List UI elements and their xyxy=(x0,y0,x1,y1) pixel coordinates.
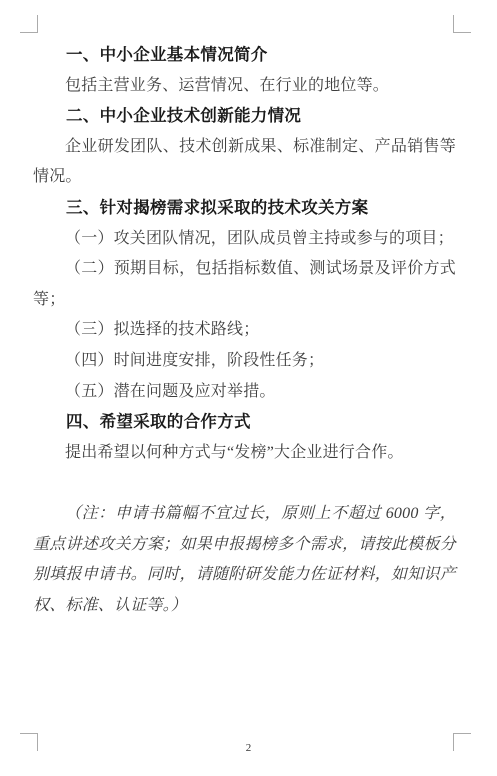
section-heading: 三、针对揭榜需求拟采取的技术攻关方案 xyxy=(33,193,456,224)
section-heading: 二、中小企业技术创新能力情况 xyxy=(33,101,456,132)
body-paragraph: 包括主营业务、运营情况、在行业的地位等。 xyxy=(33,71,456,102)
body-paragraph: （五）潜在问题及应对举措。 xyxy=(33,377,456,408)
section-heading: 一、中小企业基本情况简介 xyxy=(33,40,456,71)
body-paragraph: （三）拟选择的技术路线； xyxy=(33,315,456,346)
body-paragraph: （一）攻关团队情况，团队成员曾主持或参与的项目； xyxy=(33,224,456,255)
document-page: 一、中小企业基本情况简介包括主营业务、运营情况、在行业的地位等。二、中小企业技术… xyxy=(0,0,497,776)
document-body: 一、中小企业基本情况简介包括主营业务、运营情况、在行业的地位等。二、中小企业技术… xyxy=(33,40,456,621)
body-paragraph: （四）时间进度安排，阶段性任务； xyxy=(33,346,456,377)
page-number: 2 xyxy=(246,742,252,754)
crop-mark-top-left xyxy=(20,15,38,33)
section-heading: 四、希望采取的合作方式 xyxy=(33,407,456,438)
body-paragraph: 企业研发团队、技术创新成果、标准制定、产品销售等情况。 xyxy=(33,132,456,193)
body-paragraph: 提出希望以何种方式与“发榜”大企业进行合作。 xyxy=(33,438,456,469)
crop-mark-top-right xyxy=(453,15,471,33)
body-paragraph: （二）预期目标，包括指标数值、测试场景及评价方式等； xyxy=(33,254,456,315)
note-paragraph: （注：申请书篇幅不宜过长，原则上不超过 6000 字，重点讲述攻关方案；如果申报… xyxy=(33,499,456,621)
page-footer: 2 xyxy=(0,738,497,756)
